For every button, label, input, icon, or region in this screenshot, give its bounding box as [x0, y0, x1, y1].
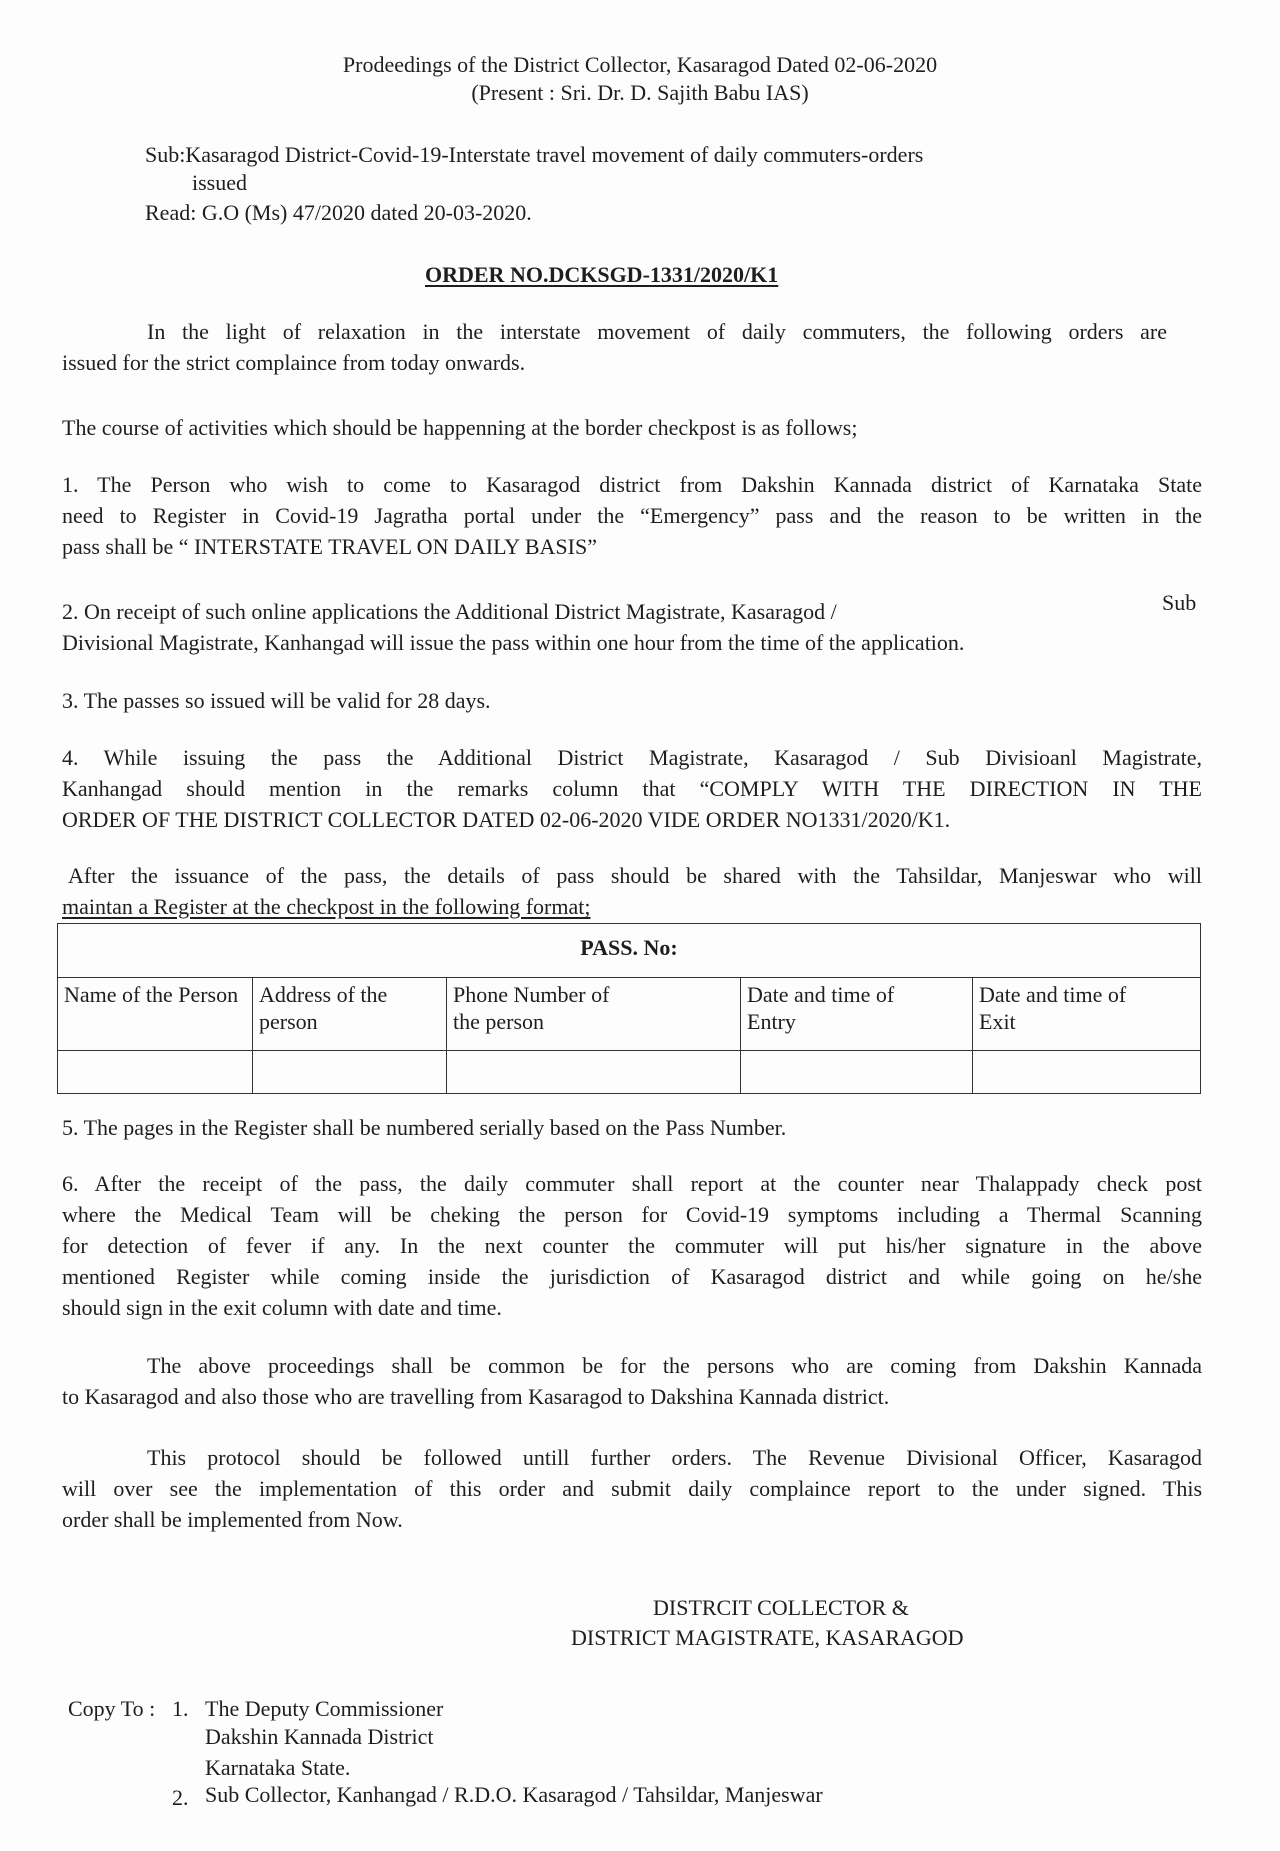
- column-header-entry-text-2: Entry: [747, 1009, 796, 1034]
- point-5: 5. The pages in the Register shall be nu…: [62, 1115, 786, 1141]
- copy-to-label: Copy To :: [68, 1696, 155, 1722]
- pass-number-label: PASS. No:: [58, 924, 1201, 978]
- column-header-address-text-1: Address of the: [259, 982, 387, 1007]
- point-6-line-1: 6. After the receipt of the pass, the da…: [62, 1168, 1202, 1199]
- pass-number-row: PASS. No:: [58, 924, 1201, 978]
- table-cell: [741, 1051, 973, 1094]
- common-line-2: to Kasaragod and also those who are trav…: [62, 1381, 1202, 1412]
- present-officer: (Present : Sri. Dr. D. Sajith Babu IAS): [0, 80, 1280, 106]
- point-2-line-1: 2. On receipt of such online application…: [62, 596, 1202, 627]
- table-cell: [447, 1051, 741, 1094]
- intro-line-1: In the light of relaxation in the inters…: [62, 316, 1167, 347]
- point-2-line-2: Divisional Magistrate, Kanhangad will is…: [62, 627, 1202, 658]
- register-format-table: PASS. No: Name of the Person Address of …: [57, 923, 1201, 1094]
- protocol-line-2: will over see the implementation of this…: [62, 1473, 1202, 1504]
- column-header-entry-text-1: Date and time of: [747, 982, 894, 1007]
- copy-to-item-1-line-2: Dakshin Kannada District: [205, 1724, 434, 1750]
- point-6-line-5: should sign in the exit column with date…: [62, 1292, 1202, 1323]
- point-1: 1. The Person who wish to come to Kasara…: [62, 469, 1202, 562]
- column-header-phone-text-2: the person: [453, 1009, 544, 1034]
- column-header-exit: Date and time ofExit: [973, 978, 1201, 1051]
- point-4: 4. While issuing the pass the Additional…: [62, 742, 1202, 835]
- point-4-line-3: ORDER OF THE DISTRICT COLLECTOR DATED 02…: [62, 804, 1202, 835]
- column-header-exit-text-2: Exit: [979, 1009, 1016, 1034]
- point-1-line-2: need to Register in Covid-19 Jagratha po…: [62, 500, 1202, 531]
- register-intro-line-2: maintan a Register at the checkpost in t…: [62, 891, 1202, 922]
- point-1-line-3: pass shall be “ INTERSTATE TRAVEL ON DAI…: [62, 531, 1202, 562]
- point-6-line-3: for detection of fever if any. In the ne…: [62, 1230, 1202, 1261]
- order-number: ORDER NO.DCKSGD-1331/2020/K1: [425, 262, 778, 288]
- signature-designation-1: DISTRCIT COLLECTOR &: [653, 1595, 909, 1621]
- register-intro: After the issuance of the pass, the deta…: [62, 860, 1202, 922]
- column-header-name-text: Name of the Person: [64, 982, 238, 1007]
- column-header-address: Address of theperson: [253, 978, 447, 1051]
- table-header-row: Name of the Person Address of theperson …: [58, 978, 1201, 1051]
- protocol-line-3: order shall be implemented from Now.: [62, 1504, 1202, 1535]
- subject-line: Sub:Kasaragod District-Covid-19-Intersta…: [145, 142, 923, 168]
- copy-to-item-2-number: 2.: [172, 1785, 189, 1811]
- copy-to-item-1-number: 1.: [172, 1696, 189, 1722]
- read-reference: Read: G.O (Ms) 47/2020 dated 20-03-2020.: [145, 200, 532, 226]
- copy-to-item-2-line-1: Sub Collector, Kanhangad / R.D.O. Kasara…: [205, 1782, 823, 1808]
- common-line-1: The above proceedings shall be common be…: [62, 1350, 1202, 1381]
- intro-paragraph: In the light of relaxation in the inters…: [62, 316, 1167, 378]
- point-4-line-2: Kanhangad should mention in the remarks …: [62, 773, 1202, 804]
- point-6-line-4: mentioned Register while coming inside t…: [62, 1261, 1202, 1292]
- table-cell: [253, 1051, 447, 1094]
- copy-to-item-1-line-1: The Deputy Commissioner: [205, 1696, 443, 1722]
- column-header-name: Name of the Person: [58, 978, 253, 1051]
- register-intro-line-1: After the issuance of the pass, the deta…: [62, 860, 1202, 891]
- point-2: 2. On receipt of such online application…: [62, 596, 1202, 658]
- table-cell: [58, 1051, 253, 1094]
- point-6-line-2: where the Medical Team will be cheking t…: [62, 1199, 1202, 1230]
- column-header-address-text-2: person: [259, 1009, 318, 1034]
- point-3: 3. The passes so issued will be valid fo…: [62, 688, 491, 714]
- intro-line-2: issued for the strict complaince from to…: [62, 347, 1167, 378]
- course-of-activities: The course of activities which should be…: [62, 415, 857, 441]
- document-title: Prodeedings of the District Collector, K…: [0, 52, 1280, 78]
- copy-to-item-1-line-3: Karnataka State.: [205, 1755, 350, 1781]
- subject-line-cont: issued: [192, 170, 247, 196]
- protocol-line-1: This protocol should be followed untill …: [62, 1442, 1202, 1473]
- signature-designation-2: DISTRICT MAGISTRATE, KASARAGOD: [571, 1625, 964, 1651]
- point-2-trailing-word: Sub: [1162, 590, 1196, 616]
- point-4-line-1: 4. While issuing the pass the Additional…: [62, 742, 1202, 773]
- column-header-phone: Phone Number ofthe person: [447, 978, 741, 1051]
- column-header-entry: Date and time ofEntry: [741, 978, 973, 1051]
- protocol-paragraph: This protocol should be followed untill …: [62, 1442, 1202, 1535]
- column-header-exit-text-1: Date and time of: [979, 982, 1126, 1007]
- table-cell: [973, 1051, 1201, 1094]
- point-1-line-1: 1. The Person who wish to come to Kasara…: [62, 469, 1202, 500]
- table-row: [58, 1051, 1201, 1094]
- common-proceedings-paragraph: The above proceedings shall be common be…: [62, 1350, 1202, 1412]
- point-6: 6. After the receipt of the pass, the da…: [62, 1168, 1202, 1323]
- column-header-phone-text-1: Phone Number of: [453, 982, 609, 1007]
